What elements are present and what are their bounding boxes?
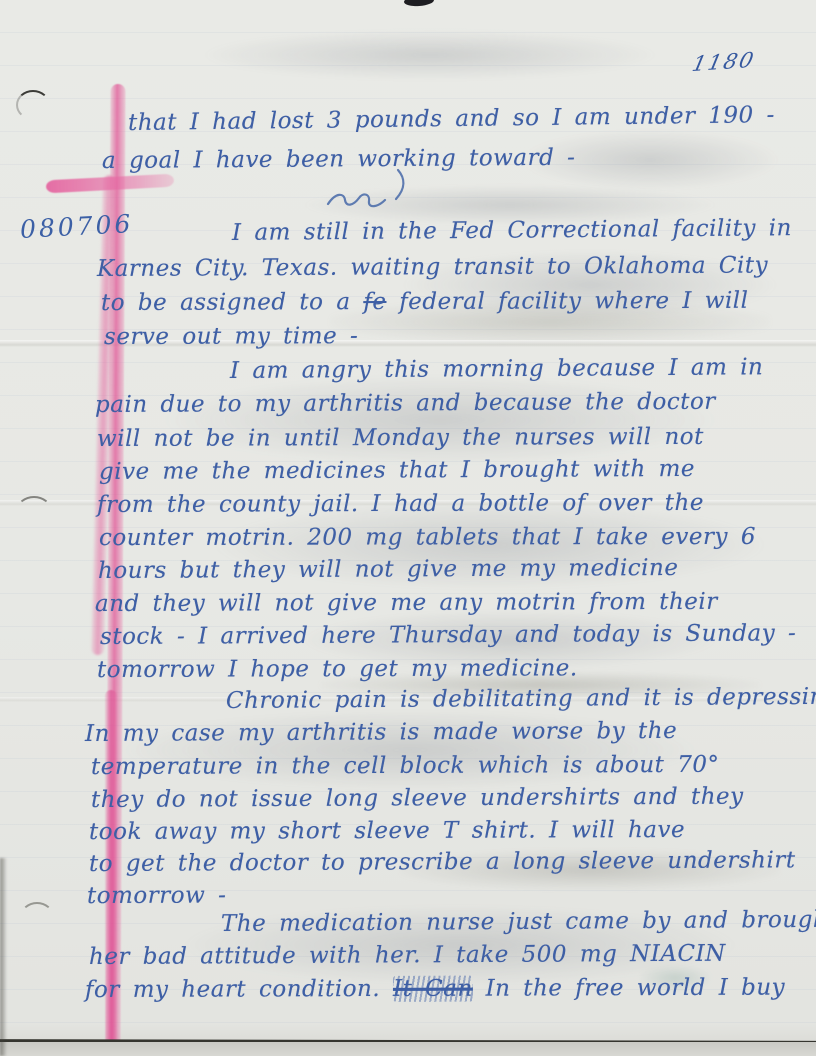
- handwritten-line: to get the doctor to prescribe a long sl…: [89, 847, 796, 877]
- line-text: In the free world I buy: [473, 975, 785, 1002]
- handwritten-line: In my case my arthritis is made worse by…: [85, 718, 677, 747]
- line-text: will not be in until Monday the nurses w…: [97, 424, 704, 452]
- line-text: from the county jail. I had a bottle of …: [97, 490, 704, 518]
- line-text: and they will not give me any motrin fro…: [95, 589, 718, 617]
- handwritten-line: counter motrin. 200 mg tablets that I ta…: [99, 524, 756, 551]
- line-text: that I had lost 3 pounds and so I am und…: [128, 102, 775, 136]
- scan-top-mark: [404, 0, 435, 7]
- line-text: tomorrow -: [87, 883, 226, 909]
- scanned-letter-page: { "page_number": "1180", "date_stamp": "…: [0, 0, 816, 1056]
- handwritten-line: pain due to my arthritis and because the…: [95, 389, 716, 418]
- line-text: temperature in the cell block which is a…: [91, 752, 720, 780]
- handwritten-line: hours but they will not give me my medic…: [98, 555, 679, 584]
- ink-scribble-icon: [322, 168, 426, 220]
- handwritten-line: a goal I have been working toward -: [102, 145, 576, 174]
- handwritten-line: will not be in until Monday the nurses w…: [97, 424, 704, 452]
- handwritten-line: temperature in the cell block which is a…: [91, 752, 720, 780]
- handwritten-line: took away my short sleeve T shirt. I wil…: [89, 817, 685, 845]
- line-text: took away my short sleeve T shirt. I wil…: [89, 817, 685, 845]
- scribbled-out-text: It Can: [393, 976, 473, 1002]
- line-text: pain due to my arthritis and because the…: [95, 389, 716, 418]
- line-text: they do not issue long sleeve undershirt…: [91, 784, 744, 813]
- handwritten-line: they do not issue long sleeve undershirt…: [91, 784, 744, 813]
- line-text: counter motrin. 200 mg tablets that I ta…: [99, 524, 756, 551]
- handwritten-line: The medication nurse just came by and br…: [221, 907, 816, 937]
- date-stamp: 080706: [19, 209, 134, 244]
- struck-text: fe: [363, 289, 386, 315]
- handwritten-line: serve out my time -: [104, 323, 358, 350]
- handwritten-line: Karnes City. Texas. waiting transit to O…: [97, 252, 768, 282]
- handwritten-line: to be assigned to a fe federal facility …: [101, 288, 749, 316]
- handwritten-line: I am still in the Fed Correctional facil…: [232, 215, 792, 246]
- handwritten-line: I am angry this morning because I am in: [230, 354, 764, 384]
- line-text: give me the medicines that I brought wit…: [99, 456, 695, 485]
- pink-highlighter-cross: [46, 174, 175, 194]
- handwritten-line: tomorrow I hope to get my medicine.: [97, 655, 578, 683]
- handwritten-line: and they will not give me any motrin fro…: [95, 589, 718, 617]
- line-text: I am still in the Fed Correctional facil…: [232, 215, 792, 246]
- bleed-smudge: [200, 30, 660, 80]
- line-text: I am angry this morning because I am in: [230, 354, 764, 384]
- line-text: to get the doctor to prescribe a long sl…: [89, 847, 796, 877]
- handwritten-line: Chronic pain is debilitating and it is d…: [226, 684, 816, 714]
- handwritten-line: for my heart condition. It Can In the fr…: [85, 975, 785, 1003]
- handwritten-line: tomorrow -: [87, 883, 226, 909]
- hole-punch-icon: [16, 90, 50, 120]
- scan-left-edge: [0, 858, 7, 1056]
- handwritten-line: from the county jail. I had a bottle of …: [97, 490, 704, 518]
- handwritten-line: stock - I arrived here Thursday and toda…: [100, 620, 796, 650]
- handwritten-line: her bad attitude with her. I take 500 mg…: [89, 941, 726, 970]
- handwritten-line: give me the medicines that I brought wit…: [99, 456, 695, 485]
- line-text: federal facility where I will: [386, 288, 748, 315]
- line-text: serve out my time -: [104, 323, 358, 350]
- line-text: stock - I arrived here Thursday and toda…: [100, 620, 796, 650]
- line-text: her bad attitude with her. I take 500 mg…: [89, 941, 726, 970]
- line-text: Chronic pain is debilitating and it is d…: [226, 684, 816, 714]
- line-text: for my heart condition.: [85, 976, 393, 1003]
- line-text: In my case my arthritis is made worse by…: [85, 718, 677, 747]
- line-text: Karnes City. Texas. waiting transit to O…: [97, 252, 768, 282]
- line-text: The medication nurse just came by and br…: [221, 907, 816, 937]
- scan-edge-area: [0, 1042, 816, 1056]
- page-number: 1180: [690, 48, 758, 76]
- hole-punch-icon: [16, 496, 52, 526]
- line-text: to be assigned to a: [101, 289, 363, 316]
- line-text: tomorrow I hope to get my medicine.: [97, 655, 578, 683]
- line-text: hours but they will not give me my medic…: [98, 555, 679, 584]
- line-text: a goal I have been working toward -: [102, 145, 576, 174]
- hole-punch-icon: [20, 902, 54, 932]
- handwritten-line: that I had lost 3 pounds and so I am und…: [128, 102, 775, 136]
